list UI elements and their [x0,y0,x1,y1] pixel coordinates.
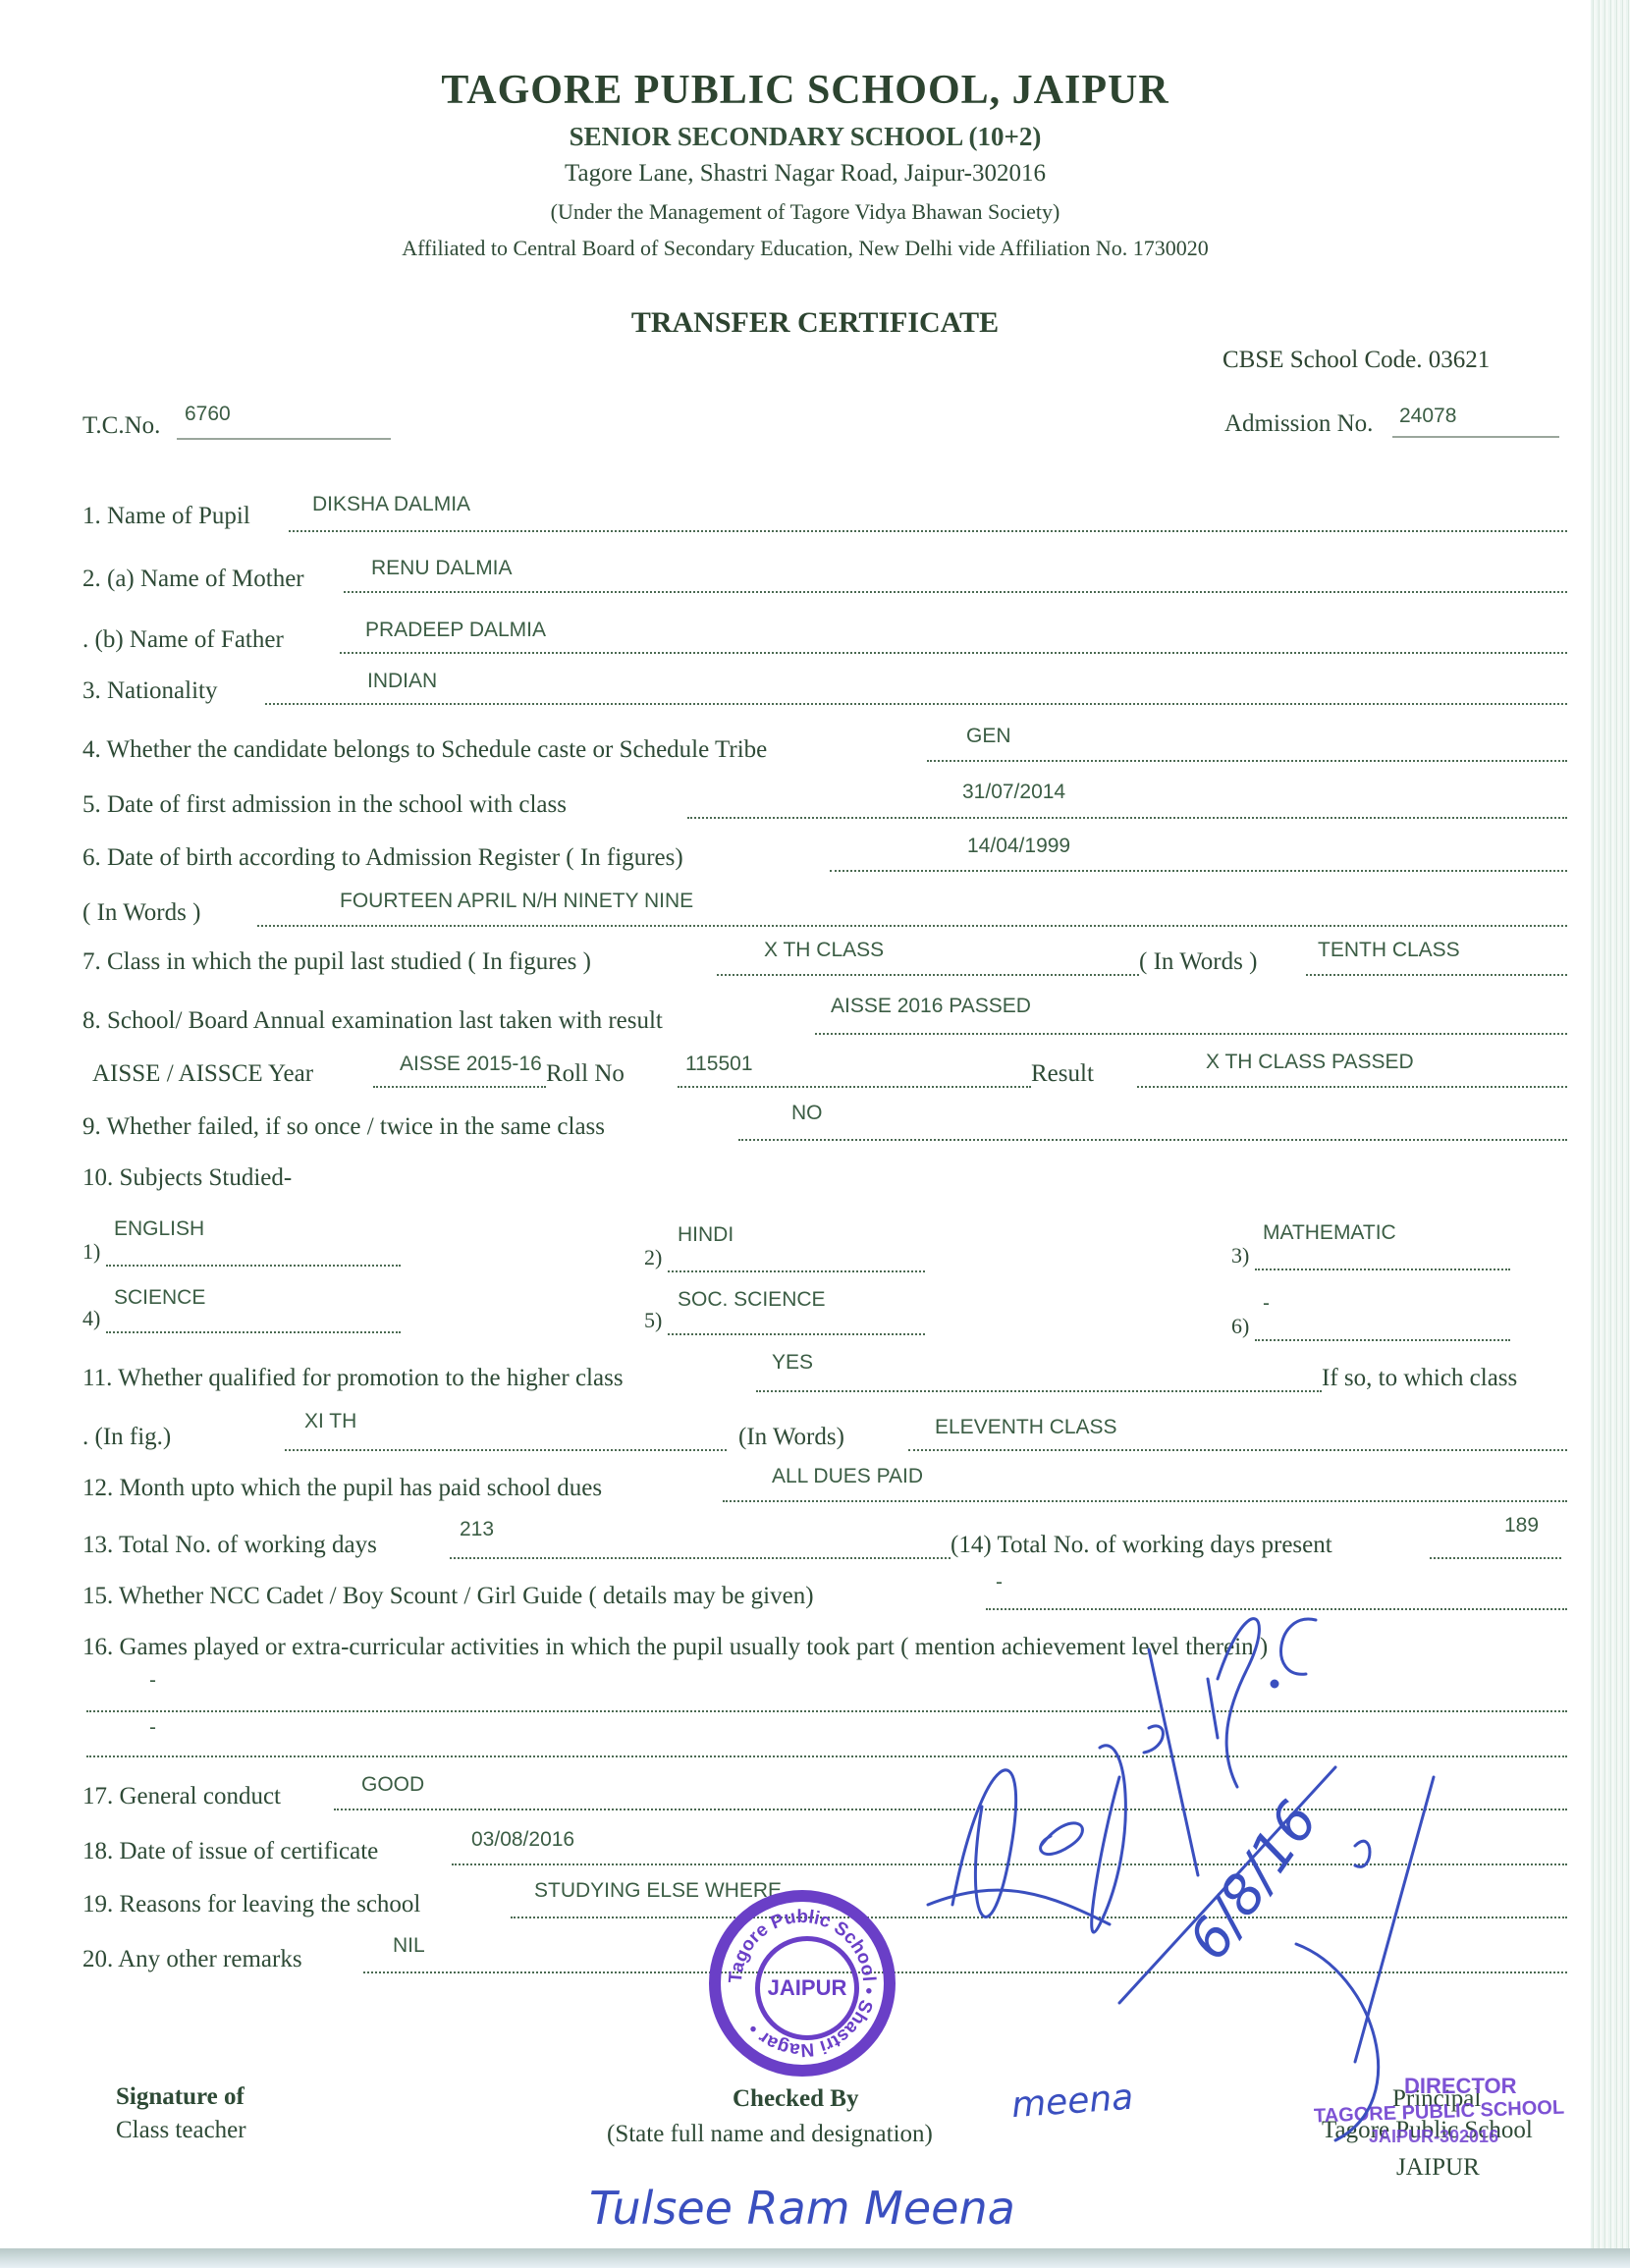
dotted-line [678,1086,1031,1088]
school-type: SENIOR SECONDARY SCHOOL (10+2) [0,122,1610,152]
field-label: If so, to which class [1322,1365,1517,1392]
field-value: GOOD [361,1773,424,1797]
class-teacher-label: Class teacher [116,2117,246,2144]
field-value: X TH CLASS [764,939,884,962]
field-value: 03/08/2016 [471,1828,574,1852]
checked-by-handwritten-name: Tulsee Ram Meena [589,2182,1015,2235]
field-label: ( In Words ) [82,899,200,927]
dotted-line [815,1033,1567,1035]
field-label: (In Words) [738,1424,844,1451]
dotted-line [830,870,1567,872]
dotted-line [687,817,1567,819]
school-affiliation: Affiliated to Central Board of Secondary… [0,236,1610,261]
subject-number: 4) [82,1306,100,1331]
school-name: TAGORE PUBLIC SCHOOL, JAIPUR [0,67,1610,114]
handwritten-signature-scribble: 6/8/16 [923,1551,1591,2160]
field-value: INDIAN [367,670,437,693]
field-label: 2. (a) Name of Mother [82,566,304,593]
subject-number: 1) [82,1239,100,1265]
tc-no-value: 6760 [185,403,231,426]
field-value: 189 [1504,1514,1539,1538]
field-value: STUDYING ELSE WHERE [534,1879,782,1903]
field-label: . (b) Name of Father [82,626,284,654]
field-label: . (In fig.) [82,1424,171,1451]
school-seal-stamp: Tagore Public School • Shastri Nagar • J… [709,1890,896,2077]
field-label: 7. Class in which the pupil last studied… [82,948,591,976]
admission-no-underline [1392,436,1559,438]
school-address: Tagore Lane, Shastri Nagar Road, Jaipur-… [0,160,1610,188]
dotted-line [668,1333,925,1335]
certificate-title: TRANSFER CERTIFICATE [0,306,1630,340]
dotted-line [450,1557,951,1559]
field-label: 3. Nationality [82,677,217,705]
handwritten-date: 6/8/16 [1176,1790,1331,1971]
class-teacher-signature-label: Signature of [116,2083,244,2111]
field-value: - [149,1716,156,1740]
field-label: 1. Name of Pupil [82,503,250,530]
subject-value: - [1263,1292,1270,1316]
subject-value: ENGLISH [114,1217,204,1241]
dotted-line [908,1449,1567,1451]
field-label: 10. Subjects Studied- [82,1164,292,1192]
field-label: Result [1031,1060,1094,1088]
dotted-line [738,1139,1567,1141]
checked-by-label: Checked By [733,2085,858,2113]
field-value: ELEVENTH CLASS [935,1416,1117,1439]
checked-by-note: (State full name and designation) [607,2121,933,2148]
field-label: 18. Date of issue of certificate [82,1838,378,1865]
scan-bottom-edge [0,2248,1630,2268]
field-value: ALL DUES PAID [772,1465,923,1488]
field-value: XI TH [304,1410,356,1433]
school-management: (Under the Management of Tagore Vidya Bh… [0,199,1610,225]
dotted-line [344,591,1567,593]
field-value: PRADEEP DALMIA [365,619,546,642]
field-value: X TH CLASS PASSED [1206,1051,1414,1074]
subject-number: 2) [644,1245,662,1270]
field-label: 9. Whether failed, if so once / twice in… [82,1113,605,1141]
field-value: AISSE 2015-16 [400,1053,542,1076]
field-label: 11. Whether qualified for promotion to t… [82,1365,624,1392]
field-label: 5. Date of first admission in the school… [82,791,567,819]
field-label: 12. Month upto which the pupil has paid … [82,1475,602,1502]
dotted-line [340,652,1567,654]
tc-no-label: T.C.No. [82,412,160,440]
dotted-line [265,703,1567,705]
field-value: AISSE 2016 PASSED [831,995,1031,1018]
field-value: FOURTEEN APRIL N/H NINETY NINE [340,890,693,913]
subject-value: SOC. SCIENCE [678,1288,826,1312]
subject-number: 5) [644,1308,662,1333]
subject-value: SCIENCE [114,1286,205,1310]
dotted-line [285,1449,727,1451]
dotted-line [717,974,1139,976]
field-label: 17. General conduct [82,1783,281,1810]
field-label: ( In Words ) [1139,948,1257,976]
dotted-line [373,1086,546,1088]
subject-value: HINDI [678,1223,733,1247]
field-label: 19. Reasons for leaving the school [82,1891,420,1918]
field-value: NIL [393,1934,425,1958]
field-value: DIKSHA DALMIA [312,493,470,516]
subject-number: 6) [1231,1314,1249,1339]
field-label: 15. Whether NCC Cadet / Boy Scount / Gir… [82,1583,814,1610]
admission-no-value: 24078 [1399,405,1456,428]
field-value: GEN [966,725,1011,748]
school-seal-center: JAIPUR [755,1936,859,2040]
dotted-line [289,530,1567,532]
field-label: Roll No [546,1060,625,1088]
field-value: YES [772,1351,813,1375]
field-label: 20. Any other remarks [82,1946,302,1973]
dotted-line [1255,1339,1510,1341]
cbse-school-code: CBSE School Code. 03621 [1222,347,1490,374]
field-label: 6. Date of birth according to Admission … [82,844,683,872]
dotted-line [668,1270,925,1272]
field-value: 31/07/2014 [962,781,1065,804]
field-value: 14/04/1999 [967,835,1070,858]
subject-value: MATHEMATIC [1263,1221,1396,1245]
dotted-line [106,1331,401,1333]
field-value: RENU DALMIA [371,557,513,580]
dotted-line [1306,974,1567,976]
dotted-line [106,1265,401,1267]
dotted-line [723,1500,1567,1502]
field-label: 13. Total No. of working days [82,1532,377,1559]
field-value: TENTH CLASS [1318,939,1460,962]
field-label: AISSE / AISSCE Year [92,1060,313,1088]
field-label: 4. Whether the candidate belongs to Sche… [82,736,767,764]
field-label: 8. School/ Board Annual examination last… [82,1007,663,1035]
dotted-line [927,760,1567,762]
dotted-line [1255,1269,1510,1270]
dotted-line [1137,1086,1567,1088]
subject-number: 3) [1231,1243,1249,1269]
field-value: 213 [460,1518,494,1541]
admission-no-label: Admission No. [1224,410,1373,438]
field-value: - [149,1669,156,1693]
scan-edge [1591,0,1630,2268]
dotted-line [756,1390,1322,1392]
field-value: 115501 [685,1053,753,1076]
field-value: NO [791,1102,823,1125]
dotted-line [257,925,1567,927]
tc-no-underline [177,438,391,440]
